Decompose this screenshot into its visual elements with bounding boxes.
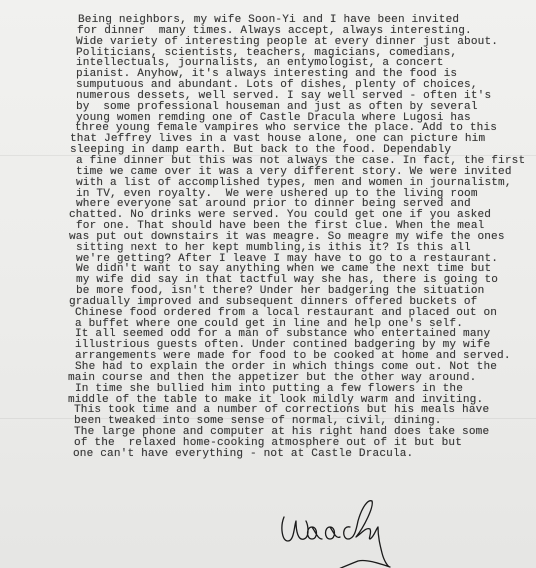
typewritten-letter-body: Being neighbors, my wife Soon-Yi and I h… xyxy=(0,15,536,460)
letter-line: one can't have everything - not at Castl… xyxy=(0,449,536,460)
handwritten-signature xyxy=(278,497,418,568)
letter-line: sitting next to her kept mumbling,is ith… xyxy=(0,243,536,254)
letter-line: In time she bullied him into putting a f… xyxy=(0,384,536,395)
letter-line: by some professional houseman and just a… xyxy=(0,102,536,113)
letter-page: Being neighbors, my wife Soon-Yi and I h… xyxy=(0,0,536,568)
letter-line: with a list of accomplished types, men a… xyxy=(0,178,536,189)
letter-line: Chinese food ordered from a local restau… xyxy=(0,308,536,319)
letter-line: Wide variety of interesting people at ev… xyxy=(0,37,536,48)
